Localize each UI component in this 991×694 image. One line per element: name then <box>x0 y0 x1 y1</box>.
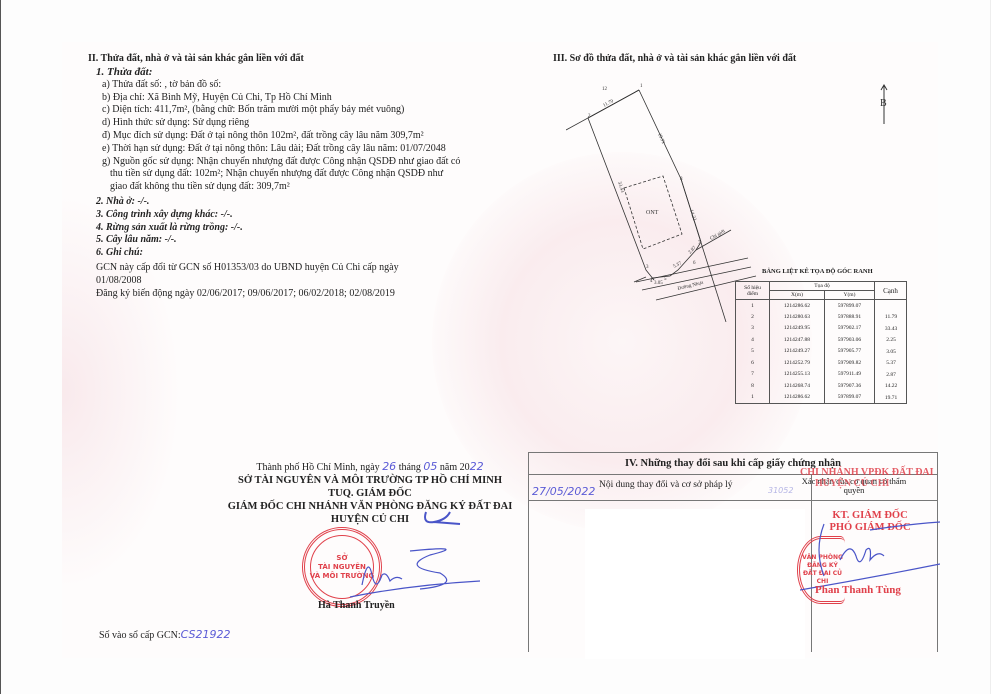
land-usage-term: e) Thời hạn sử dụng: Đất ở tại nông thôn… <box>88 143 488 156</box>
cell-x: 1214252.79 <box>770 357 825 369</box>
svg-text:5: 5 <box>664 277 667 282</box>
table-row: 11214286.62597899.07 <box>736 300 907 312</box>
registration-number-value: CS21922 <box>181 628 231 641</box>
edge-length: 5.37 <box>876 358 906 370</box>
svg-text:11.79: 11.79 <box>603 99 616 109</box>
edge-length: 33.43 <box>876 324 906 336</box>
land-parcel-number: a) Thửa đất số: , tờ bản đồ số: <box>88 79 488 92</box>
cell-point: 4 <box>736 334 770 346</box>
cell-point: 7 <box>736 369 770 381</box>
other-construction-info: 3. Công trình xây dựng khác: -/-. <box>88 209 488 222</box>
signer-name: Hà Thanh Truyền <box>318 600 395 611</box>
cell-point: 6 <box>736 357 770 369</box>
signer-title-line2: HUYỆN CỦ CHI <box>205 513 535 526</box>
cell-y: 597909.82 <box>824 357 874 369</box>
svg-text:5.37: 5.37 <box>673 261 684 270</box>
perennial-info: 5. Cây lâu năm: -/-. <box>88 234 488 247</box>
cell-point: 8 <box>736 380 770 392</box>
tuq-title: TUQ. GIÁM ĐỐC <box>205 487 535 500</box>
signature-block: Thành phố Hồ Chí Minh, ngày 26 tháng 05 … <box>205 460 535 526</box>
svg-text:ONT: ONT <box>646 210 659 216</box>
land-origin-line1: g) Nguồn gốc sử dụng: Nhận chuyển nhượng… <box>88 156 488 169</box>
svg-text:6: 6 <box>693 261 696 266</box>
edge-length: 19.71 <box>876 393 906 405</box>
cell-x: 1214280.63 <box>770 311 825 323</box>
office-stamp-header: CHI NHÁNH VPĐK ĐẤT ĐAI <box>800 467 934 478</box>
section2-heading: II. Thửa đất, nhà ở và tài sản khác gắn … <box>88 53 488 64</box>
svg-text:8: 8 <box>680 177 683 182</box>
viewer-border <box>0 0 1 694</box>
cell-edge <box>875 300 907 312</box>
issuing-org: SỞ TÀI NGUYÊN VÀ MÔI TRƯỜNG TP HỒ CHÍ MI… <box>205 474 535 487</box>
cell-y: 597888.91 <box>824 311 874 323</box>
land-address: b) Địa chỉ: Xã Bình Mỹ, Huyện Củ Chi, Tp… <box>88 92 488 105</box>
col-coords: Tọa độ <box>770 282 875 291</box>
cell-point: 3 <box>736 323 770 335</box>
cell-y: 597903.06 <box>824 334 874 346</box>
cell-point: 5 <box>736 346 770 358</box>
col-content: Nội dung thay đổi và cơ sở pháp lý <box>599 480 733 490</box>
svg-text:Chỉ giới: Chỉ giới <box>710 229 727 242</box>
section-land-info: II. Thửa đất, nhà ở và tài sản khác gắn … <box>88 53 488 300</box>
cell-x: 1214247.88 <box>770 334 825 346</box>
cell-x: 1214249.27 <box>770 346 825 358</box>
cell-y: 597899.07 <box>824 300 874 312</box>
coord-table-title: BẢNG LIỆT KÊ TỌA ĐỘ GÓC RANH <box>762 268 873 275</box>
col-edge: Cạnh <box>875 282 907 300</box>
issue-date: Thành phố Hồ Chí Minh, ngày 26 tháng 05 … <box>205 460 535 473</box>
svg-text:Đường Nhựa: Đường Nhựa <box>677 281 704 292</box>
edge-lengths: 11.7933.432.253.055.372.8714.2219.71 <box>876 312 906 404</box>
redacted-area <box>585 509 805 659</box>
change-note: 31052 <box>768 486 793 495</box>
signature-icon <box>330 545 480 605</box>
edge-length: 2.87 <box>876 370 906 382</box>
land-origin-line3: giao đất không thu tiền sử dụng đất: 309… <box>88 181 488 194</box>
office-stamp-header2: HUYỆN CỦ CHI <box>815 478 889 489</box>
cell-x: 1214286.62 <box>770 300 825 312</box>
cell-x: 1214255.13 <box>770 369 825 381</box>
section3-heading: III. Sơ đồ thửa đất, nhà ở và tài sản kh… <box>553 53 796 64</box>
land-area: c) Diện tích: 411,7m², (bằng chữ: Bốn tr… <box>88 104 488 117</box>
edge-length: 2.25 <box>876 335 906 347</box>
registration-number: Số vào sổ cấp GCN:CS21922 <box>99 628 231 641</box>
cell-point: 2 <box>736 311 770 323</box>
edge-length: 14.22 <box>876 381 906 393</box>
cell-x: 1214286.62 <box>770 392 825 404</box>
land-heading: 1. Thửa đất: <box>88 66 488 79</box>
land-usage-form: d) Hình thức sử dụng: Sử dụng riêng <box>88 117 488 130</box>
cell-x: 1214249.95 <box>770 323 825 335</box>
land-usage-purpose: đ) Mục đích sử dụng: Đất ở tại nông thôn… <box>88 130 488 143</box>
svg-text:2.87: 2.87 <box>688 245 698 255</box>
svg-text:B: B <box>880 98 887 109</box>
cell-y: 597905.77 <box>824 346 874 358</box>
svg-text:3: 3 <box>646 265 649 270</box>
col-x: X(m) <box>770 291 825 300</box>
cell-y: 597902.17 <box>824 323 874 335</box>
edge-length: 11.79 <box>876 312 906 324</box>
issue-year: 22 <box>470 460 484 473</box>
note-line3: Đăng ký biến động ngày 02/06/2017; 09/06… <box>88 288 488 301</box>
svg-text:3.05: 3.05 <box>654 281 663 286</box>
svg-text:33.43: 33.43 <box>616 181 624 194</box>
change-date: 27/05/2022 <box>532 485 595 498</box>
north-arrow-icon: B <box>878 84 890 124</box>
edge-length: 3.05 <box>876 347 906 359</box>
note-line1: GCN này cấp đổi từ GCN số H01353/03 do U… <box>88 262 488 275</box>
forest-info: 4. Rừng sản xuất là rừng trồng: -/-. <box>88 222 488 235</box>
house-info: 2. Nhà ở: -/-. <box>88 196 488 209</box>
approver-name: Phan Thanh Tùng <box>815 584 901 596</box>
col-y: Y(m) <box>824 291 874 300</box>
cell-x: 1214268.74 <box>770 380 825 392</box>
signer-title-line1: GIÁM ĐỐC CHI NHÁNH VĂN PHÒNG ĐĂNG KÝ ĐẤT… <box>205 500 535 513</box>
svg-text:12: 12 <box>602 87 608 92</box>
svg-text:14.22: 14.22 <box>688 209 696 222</box>
cell-y: 597899.07 <box>824 392 874 404</box>
cell-y: 597907.36 <box>824 380 874 392</box>
initial-mark-icon <box>420 506 470 528</box>
col-point: Số hiệu điểm <box>736 282 770 300</box>
cell-point: 1 <box>736 392 770 404</box>
svg-text:4: 4 <box>650 279 653 284</box>
issue-day: 26 <box>382 460 396 473</box>
svg-text:1: 1 <box>640 84 643 89</box>
issue-month: 05 <box>423 460 437 473</box>
note-line2: 01/08/2008 <box>88 275 488 288</box>
notes-heading: 6. Ghi chú: <box>88 247 488 260</box>
land-origin-line2: thu tiền sử dụng đất: 102m²; Nhận chuyển… <box>88 168 488 181</box>
cell-y: 597911.49 <box>824 369 874 381</box>
cell-point: 1 <box>736 300 770 312</box>
